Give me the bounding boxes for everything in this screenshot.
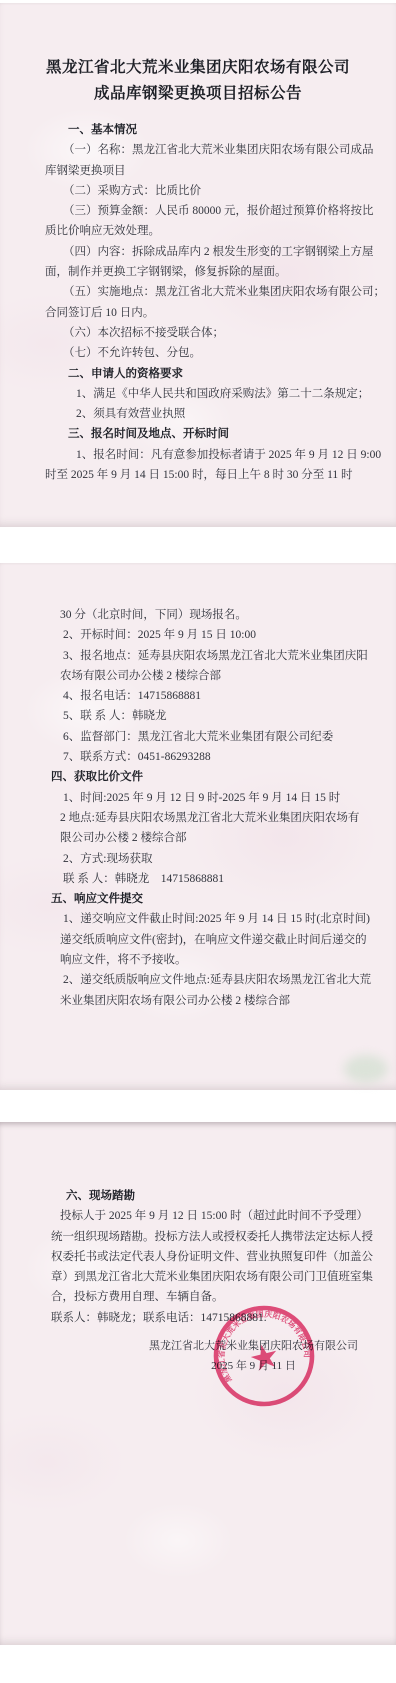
page-gap	[0, 527, 396, 563]
doc-line: 权委托书或法定代表人身份证明文件、营业执照复印件（加盖公	[50, 1247, 358, 1267]
doc-line: 3、报名地点：延寿县庆阳农场黑龙江省北大荒米业集团庆阳	[50, 646, 360, 666]
doc-line: 1、满足《中华人民共和国政府采购法》第二十二条规定；	[45, 384, 356, 404]
page-1-content: 一、基本情况 （一）名称：黑龙江省北大荒米业集团庆阳农场有限公司成品 库钢梁更换…	[0, 120, 396, 485]
doc-line: （六）本次招标不接受联合体；	[45, 323, 356, 343]
doc-line: 面，制作并更换工字钢钢梁，修复拆除的屋面。	[45, 262, 356, 282]
doc-line: 1、时间:2025 年 9 月 12 日 9 时-2025 年 9 月 14 日…	[50, 788, 360, 808]
page-3-content: 六、现场踏勘 投标人于 2025 年 9 月 12 日 15:00 时（超过此时…	[0, 1122, 396, 1328]
page-2: 30 分（北京时间，下同）现场报名。 2、开标时间：2025 年 9 月 15 …	[0, 563, 396, 1090]
doc-line: 7、联系方式：0451-86293288	[50, 747, 360, 767]
section-heading: 三、报名时间及地点、开标时间	[45, 424, 356, 444]
doc-line: 统一组织现场踏勘。投标方法人或授权委托人携带法定达标人授	[50, 1227, 358, 1247]
title-line-1: 黑龙江省北大荒米业集团庆阳农场有限公司	[0, 55, 396, 81]
doc-line: 投标人于 2025 年 9 月 12 日 15:00 时（超过此时间不予受理）	[50, 1206, 358, 1226]
doc-line: 2、须具有效营业执照	[45, 404, 356, 424]
doc-line: 2、开标时间：2025 年 9 月 15 日 10:00	[50, 625, 360, 645]
doc-line: 4、报名电话：14715868881	[50, 686, 360, 706]
section-heading: 一、基本情况	[45, 120, 356, 140]
doc-line: 6、监督部门：黑龙江省北大荒米业集团有限公司纪委	[50, 727, 360, 747]
document-title: 黑龙江省北大荒米业集团庆阳农场有限公司 成品库钢梁更换项目招标公告	[0, 3, 396, 107]
doc-line: （一）名称：黑龙江省北大荒米业集团庆阳农场有限公司成品	[45, 140, 356, 160]
doc-line: 30 分（北京时间，下同）现场报名。	[50, 605, 360, 625]
doc-line: （三）预算金额：人民币 80000 元，报价超过预算价格将按比	[45, 201, 356, 221]
page-3: 六、现场踏勘 投标人于 2025 年 9 月 12 日 15:00 时（超过此时…	[0, 1122, 396, 1645]
doc-line: 2、递交纸质版响应文件地点:延寿县庆阳农场黑龙江省北大荒	[50, 970, 360, 990]
doc-line: （二）采购方式：比质比价	[45, 181, 356, 201]
doc-line: 2、方式:现场获取	[50, 849, 360, 869]
doc-line: 合同签订后 10 日内。	[45, 303, 356, 323]
doc-line: 章）到黑龙江省北大荒米业集团庆阳农场有限公司门卫值班室集	[50, 1267, 358, 1287]
doc-line: 1、报名时间：凡有意参加投标者请于 2025 年 9 月 12 日 9:00	[45, 445, 356, 465]
section-heading: 二、申请人的资格要求	[45, 364, 356, 384]
doc-line: 响应文件，将不予接收。	[50, 950, 360, 970]
doc-line: 1、递交响应文件截止时间:2025 年 9 月 14 日 15 时(北京时间)	[50, 909, 360, 929]
doc-line: 递交纸质响应文件(密封)，在响应文件递交截止时间后递交的	[50, 930, 360, 950]
doc-line: （七）不允许转包、分包。	[45, 343, 356, 363]
page-2-content: 30 分（北京时间，下同）现场报名。 2、开标时间：2025 年 9 月 15 …	[0, 563, 396, 1011]
doc-line: 农场有限公司办公楼 2 楼综合部	[50, 666, 360, 686]
doc-line: （五）实施地点：黑龙江省北大荒米业集团庆阳农场有限公司；	[45, 282, 356, 302]
doc-line: 5、联 系 人：韩晓龙	[50, 706, 360, 726]
doc-line: 限公司办公楼 2 楼综合部	[50, 828, 360, 848]
doc-line: 质比价响应无效处理。	[45, 221, 356, 241]
stamp-star-icon: ★	[245, 1337, 284, 1380]
section-heading: 四、获取比价文件	[50, 767, 360, 787]
doc-line: 合，投标方费用自理、车辆自备。	[50, 1287, 358, 1307]
doc-line: （四）内容：拆除成品库内 2 根发生形变的工字钢钢梁上方屋	[45, 242, 356, 262]
doc-line: 2 地点:延寿县庆阳农场黑龙江省北大荒米业集团庆阳农场有	[50, 808, 360, 828]
doc-line: 联 系 人：韩晓龙 14715868881	[50, 869, 360, 889]
section-heading: 五、响应文件提交	[50, 889, 360, 909]
page-1: 黑龙江省北大荒米业集团庆阳农场有限公司 成品库钢梁更换项目招标公告 一、基本情况…	[0, 3, 396, 527]
section-heading: 六、现场踏勘	[50, 1186, 358, 1206]
page-gap	[0, 1090, 396, 1122]
title-line-2: 成品库钢梁更换项目招标公告	[0, 81, 396, 107]
doc-line: 时至 2025 年 9 月 14 日 15:00 时，每日上午 8 时 30 分…	[45, 465, 356, 485]
scanned-document: 黑龙江省北大荒米业集团庆阳农场有限公司 成品库钢梁更换项目招标公告 一、基本情况…	[0, 3, 396, 1683]
scan-artifact-smudge	[344, 1055, 388, 1083]
doc-line: 库钢梁更换项目	[45, 161, 356, 181]
doc-line: 米业集团庆阳农场有限公司办公楼 2 楼综合部	[50, 991, 360, 1011]
